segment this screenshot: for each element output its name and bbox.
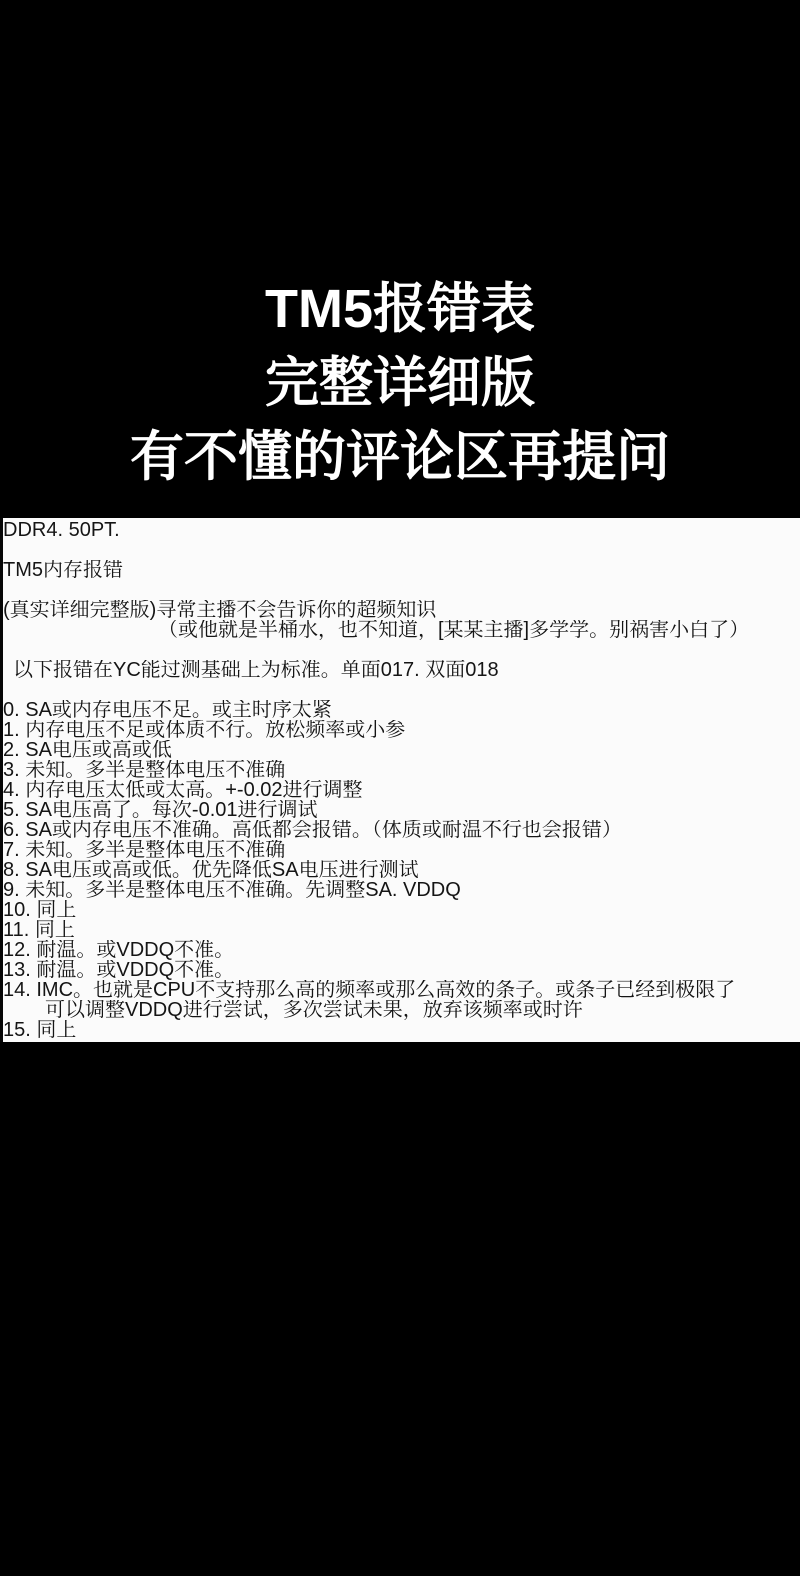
panel-line: (真实详细完整版)寻常主播不会告诉你的超频知识 bbox=[3, 600, 800, 620]
panel-line: 4. 内存电压太低或太高。+-0.02进行调整 bbox=[3, 780, 800, 800]
panel-line: 3. 未知。多半是整体电压不准确 bbox=[3, 760, 800, 780]
panel-line: 可以调整VDDQ进行尝试，多次尝试未果，放弃该频率或时许 bbox=[3, 1000, 800, 1020]
panel-blank-line bbox=[3, 680, 800, 700]
panel-line: DDR4. 50PT. bbox=[3, 520, 800, 540]
panel-line: 13. 耐温。或VDDQ不准。 bbox=[3, 960, 800, 980]
panel-line: 以下报错在YC能过测基础上为标准。单面017. 双面018 bbox=[3, 660, 800, 680]
title-line-2: 完整详细版 bbox=[0, 346, 800, 420]
panel-blank-line bbox=[3, 580, 800, 600]
panel-line: 7. 未知。多半是整体电压不准确 bbox=[3, 840, 800, 860]
title-block: TM5报错表 完整详细版 有不懂的评论区再提问 bbox=[0, 272, 800, 494]
title-line-1: TM5报错表 bbox=[0, 272, 800, 346]
video-frame: TM5报错表 完整详细版 有不懂的评论区再提问 DDR4. 50PT.TM5内存… bbox=[0, 0, 800, 1576]
panel-line: 2. SA电压或高或低 bbox=[3, 740, 800, 760]
panel-blank-line bbox=[3, 640, 800, 660]
panel-line: 11. 同上 bbox=[3, 920, 800, 940]
panel-line: 1. 内存电压不足或体质不行。放松频率或小参 bbox=[3, 720, 800, 740]
title-line-3: 有不懂的评论区再提问 bbox=[0, 420, 800, 494]
panel-line: 15. 同上 bbox=[3, 1020, 800, 1040]
panel-line: 14. IMC。也就是CPU不支持那么高的频率或那么高效的条子。或条子已经到极限… bbox=[3, 980, 800, 1000]
panel-line: 0. SA或内存电压不足。或主时序太紧 bbox=[3, 700, 800, 720]
panel-blank-line bbox=[3, 540, 800, 560]
error-panel: DDR4. 50PT.TM5内存报错(真实详细完整版)寻常主播不会告诉你的超频知… bbox=[0, 518, 800, 1042]
panel-line: 10. 同上 bbox=[3, 900, 800, 920]
panel-line: 12. 耐温。或VDDQ不准。 bbox=[3, 940, 800, 960]
panel-line: （或他就是半桶水，也不知道，[某某主播]多学学。别祸害小白了） bbox=[3, 620, 800, 640]
panel-line: 6. SA或内存电压不准确。高低都会报错。（体质或耐温不行也会报错） bbox=[3, 820, 800, 840]
panel-line: TM5内存报错 bbox=[3, 560, 800, 580]
panel-line: 9. 未知。多半是整体电压不准确。先调整SA. VDDQ bbox=[3, 880, 800, 900]
panel-line: 8. SA电压或高或低。优先降低SA电压进行测试 bbox=[3, 860, 800, 880]
panel-line: 5. SA电压高了。每次-0.01进行调试 bbox=[3, 800, 800, 820]
